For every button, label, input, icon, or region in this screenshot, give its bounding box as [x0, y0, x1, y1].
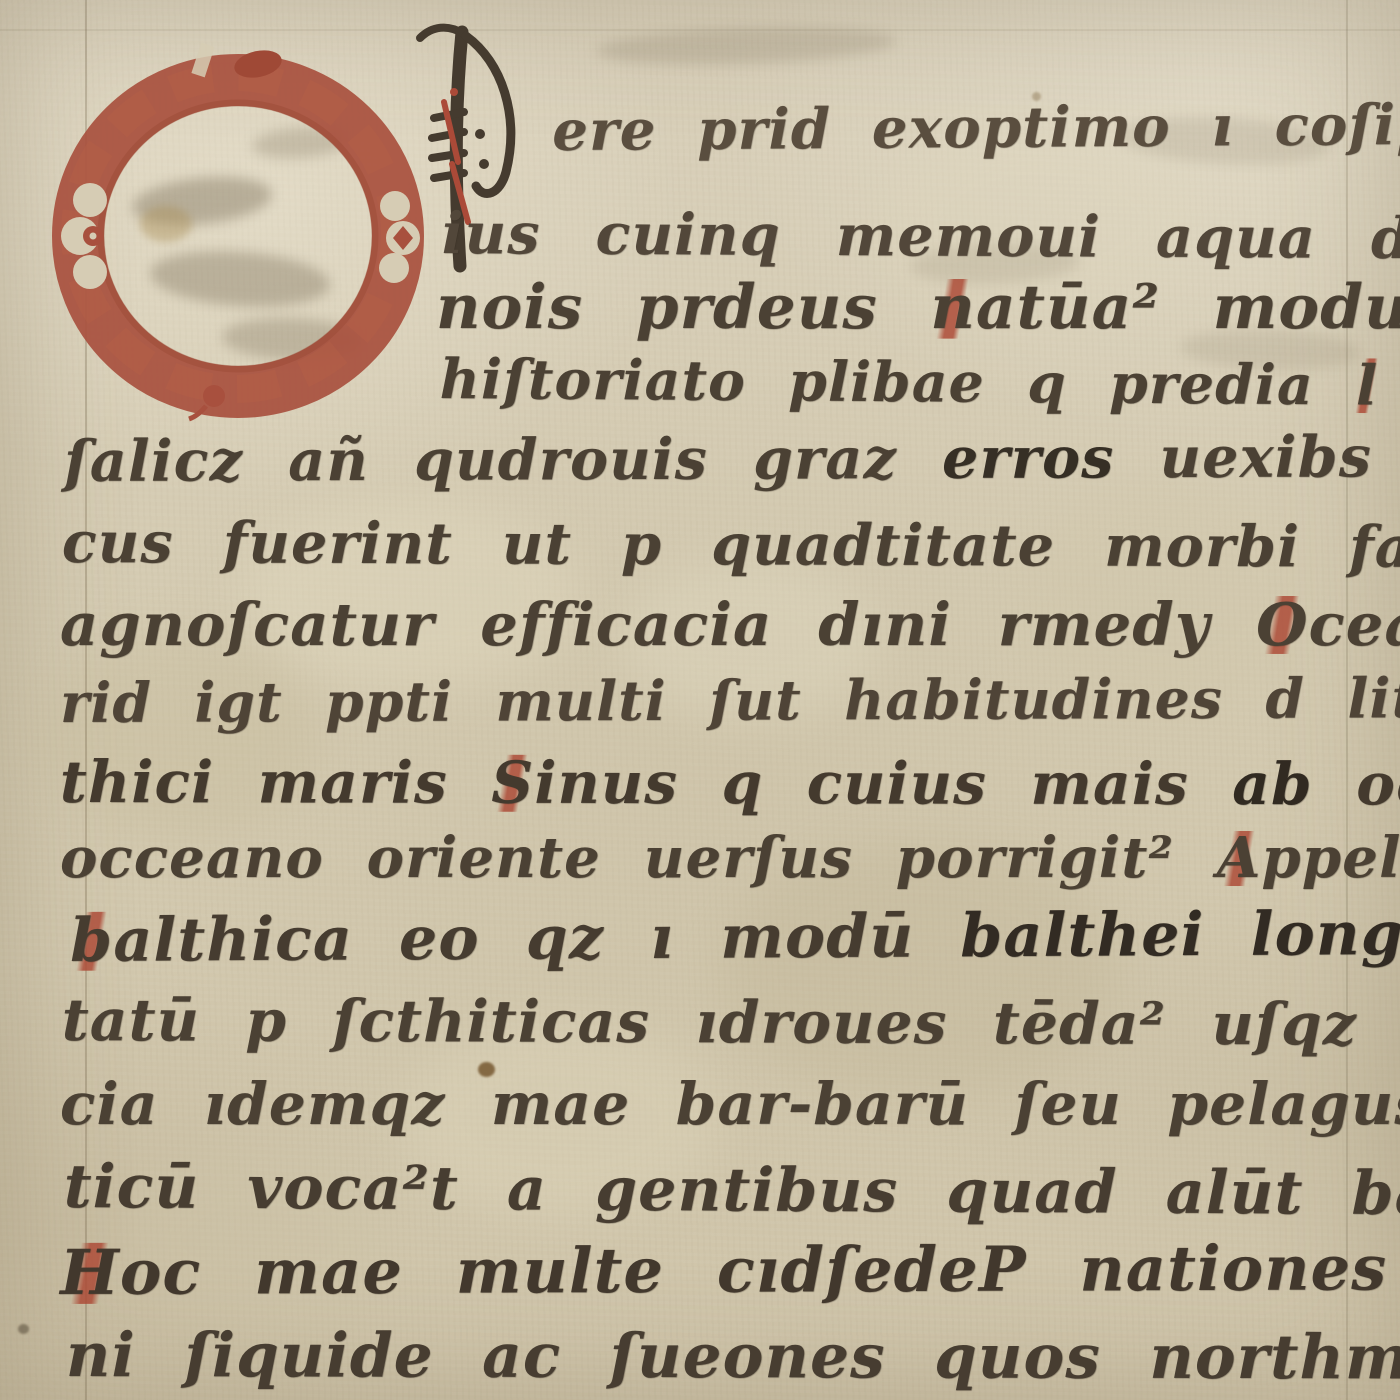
text-segment: ticū voca²t a gentibus quad alūt bar-bai… — [64, 1152, 1400, 1230]
text-segment: hiſtoriato plibae q predia — [440, 346, 1357, 417]
manuscript-text-line: rid igt ppti multi ſut habitudines d lit… — [60, 664, 1400, 735]
manuscript-text-line: balthica eo qz ı modū balthei longo trac — [70, 898, 1400, 976]
text-segment: ab — [1232, 750, 1313, 818]
text-segment: quale — [1378, 353, 1400, 420]
text-segment: ſalicz añ qudrouis graz — [64, 425, 942, 495]
text-segment: thici maris — [60, 748, 491, 817]
rubricated-letter: b — [70, 906, 114, 976]
rubricated-letter: n — [930, 272, 976, 343]
text-segment: occidētali — [1313, 750, 1400, 819]
manuscript-text-line: ſalicz añ qudrouis graz erros uexibs rpl… — [64, 423, 1400, 495]
rubricated-letter: O — [1256, 590, 1309, 659]
manuscript-text-line: agnoſcatur efficacia dıni rmedy Oceano — [60, 590, 1400, 659]
manuscript-text-line: thici maris Sinus q cuius mais ab occidē… — [60, 748, 1400, 819]
manuscript-text-line: occeano oriente uerſus porrigit² Appella… — [60, 825, 1400, 891]
text-segment: oc mae multe cıdſedeP nationes — [120, 1231, 1400, 1309]
manuscript-page: ere prid exoptimo ı coſipdoius cuinq mem… — [0, 0, 1400, 1400]
text-segment: uexibs rpli — [1114, 423, 1400, 491]
text-segment: ius cuinq memoui aqua de ſcla — [442, 200, 1400, 273]
manuscript-text-line: ticū voca²t a gentibus quad alūt bar-bai… — [64, 1152, 1400, 1230]
text-segment: nois prdeus — [436, 272, 930, 343]
text-segment: ppella² ideo — [1262, 825, 1400, 891]
manuscript-text-line: ere prid exoptimo ı coſipdo — [552, 91, 1400, 164]
manuscript-text-line: Hoc mae multe cıdſedeP nationes Da — [60, 1231, 1400, 1309]
text-segment: ni ſiquide ac ſueones quos northmannod — [66, 1320, 1400, 1394]
text-segment: cia ıdemqz mae bar-barū ſeu pelagus ſchi — [60, 1070, 1400, 1138]
manuscript-text-line: cia ıdemqz mae bar-barū ſeu pelagus ſchi — [60, 1070, 1400, 1138]
initial-o-inner-edge — [101, 103, 375, 369]
initial-v-red-dot — [450, 88, 458, 96]
initial-v-dot-2 — [479, 159, 489, 169]
stain-spot — [18, 1324, 29, 1334]
rubricated-letter: l — [1356, 352, 1379, 417]
text-segment: agnoſcatur efficacia dıni rmedy — [60, 590, 1256, 659]
manuscript-text-line: tatū p ſcthiticas ıdroues tēda² uſqz d g… — [62, 986, 1400, 1059]
rubricated-letter: H — [60, 1236, 120, 1309]
text-segment: rid igt ppti multi ſut habitudines d lit… — [60, 664, 1400, 735]
illuminated-initial-o — [46, 48, 428, 426]
text-segment: balthei longo trac — [960, 898, 1400, 972]
text-segment: tatū p ſcthiticas ıdroues tēda² uſqz d g… — [62, 986, 1400, 1059]
text-segment: ceano — [1309, 590, 1400, 659]
manuscript-text-line: cus fuerint ut p quadtitate morbi facili… — [62, 509, 1400, 581]
manuscript-text-line: ni ſiquide ac ſueones quos northmannod — [66, 1320, 1400, 1394]
initial-v-dot-1 — [475, 129, 485, 139]
text-segment: ere prid exoptimo ı coſipdo — [552, 91, 1400, 164]
manuscript-text-line: ius cuinq memoui aqua de ſcla — [442, 200, 1400, 273]
rubricated-letter: A — [1217, 825, 1262, 891]
text-segment: cus fuerint ut p quadtitate morbi facili… — [62, 509, 1400, 581]
text-segment: inus q cuius mais — [534, 749, 1232, 818]
text-segment: occeano oriente uerſus porrigit² — [60, 825, 1217, 891]
rubricated-letter: S — [491, 749, 534, 817]
text-segment: erros — [942, 424, 1115, 492]
text-segment: atūa² moduus — [976, 272, 1400, 343]
manuscript-text-line: hiſtoriato plibae q predia l quale — [440, 346, 1400, 419]
initial-v-bowl — [466, 36, 511, 194]
manuscript-text-line: nois prdeus natūa² moduus — [436, 272, 1400, 343]
text-segment: althica eo qz ı modū — [113, 901, 960, 975]
